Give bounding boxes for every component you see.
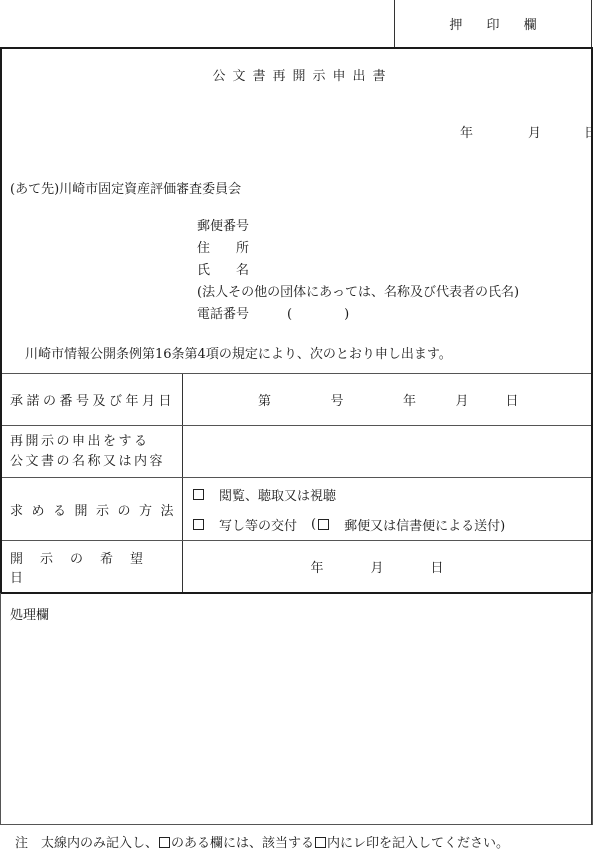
desired-date-value: 年 月 日 [183,557,591,576]
processing-box-right-border [591,593,592,825]
footer-note: 注 太線内のみ記入し、のある欄には、該当する内にレ印を記入してください。 [15,832,509,850]
wish-month-label: 月 [347,557,407,576]
method-copy-paren-open: ( [311,517,316,532]
date-month-label: 月 [510,122,568,141]
note-mid1: のある欄には、該当する [171,836,314,850]
name-label: 氏 名 [197,260,519,282]
document-name-label-line2: 公文書の名称又は内容 [10,452,165,472]
table-row-desired-date: 開示の希望日 年 月 日 [2,540,591,592]
checkbox-copy[interactable] [193,519,204,530]
phone-row: 電話番号( ) [197,304,519,326]
checkbox-viewing[interactable] [193,489,204,500]
document-name-label: 再開示の申出をする 公文書の名称又は内容 [2,426,183,477]
disclosure-method-label: 求める開示の方法 [2,478,183,540]
date-year-label: 年 [440,122,510,141]
processing-label: 処理欄 [10,604,49,623]
intro-statement: 川崎市情報公開条例第16条第4項の規定により、次のとおり申し出ます。 [25,343,452,362]
document-name-field[interactable] [183,426,591,477]
document-name-label-line1: 再開示の申出をする [10,432,150,452]
method-option-copy: 写し等の交付 ( 郵便又は信書便による送付) [193,509,505,539]
checkbox-mail-delivery[interactable] [318,519,329,530]
wish-year-label: 年 [287,557,347,576]
consent-number-date: 第 号 年 月 日 [183,390,591,409]
method-viewing-label: 閲覧、聴取又は視聴 [219,485,336,504]
checkbox-symbol-icon [315,837,326,848]
phone-parens: ( ) [287,307,349,322]
applicant-info: 郵便番号 住 所 氏 名 (法人その他の団体にあっては、名称及び代表者の氏名) … [197,216,519,326]
desired-date-field[interactable]: 年 月 日 [183,541,591,592]
method-option-viewing: 閲覧、聴取又は視聴 [193,479,336,509]
table-row-disclosure-method: 求める開示の方法 閲覧、聴取又は視聴 写し等の交付 ( 郵便又は信書便による送付… [2,477,591,540]
document-title: 公文書再開示申出書 [0,65,593,84]
address-label: 住 所 [197,238,519,260]
go-label: 号 [302,390,372,409]
corporation-note: (法人その他の団体にあっては、名称及び代表者の氏名) [197,282,519,304]
processing-box [0,593,593,825]
application-table: 承諾の番号及び年月日 第 号 年 月 日 再開示の申出をする 公文書の名称又は内… [2,373,591,592]
seal-label: 押 印 欄 [395,14,591,33]
postal-code-label: 郵便番号 [197,216,519,238]
disclosure-method-options: 閲覧、聴取又は視聴 写し等の交付 ( 郵便又は信書便による送付) [183,478,591,540]
recipient: (あて先)川崎市固定資産評価審査委員会 [10,178,241,197]
phone-label: 電話番号 [197,307,249,322]
desired-date-label: 開示の希望日 [2,541,183,592]
note-mid2: 内にレ印を記入してください。 [327,836,509,850]
day-label: 日 [477,390,547,409]
method-copy-label: 写し等の交付 [219,515,297,534]
checkbox-symbol-icon [159,837,170,848]
wish-day-label: 日 [407,557,467,576]
date-day-label: 日 [568,122,593,141]
month-label: 月 [447,390,477,409]
table-row-document-name: 再開示の申出をする 公文書の名称又は内容 [2,425,591,477]
consent-value-field[interactable]: 第 号 年 月 日 [183,374,591,425]
method-mail-delivery-label: 郵便又は信書便による送付) [344,515,505,534]
dai-label: 第 [227,390,302,409]
table-row-consent: 承諾の番号及び年月日 第 号 年 月 日 [2,373,591,425]
consent-label: 承諾の番号及び年月日 [2,374,183,425]
year-label: 年 [372,390,447,409]
seal-column-border [591,0,592,48]
submission-date[interactable]: 年 月 日 [440,122,593,141]
note-prefix: 注 太線内のみ記入し、 [15,836,158,850]
